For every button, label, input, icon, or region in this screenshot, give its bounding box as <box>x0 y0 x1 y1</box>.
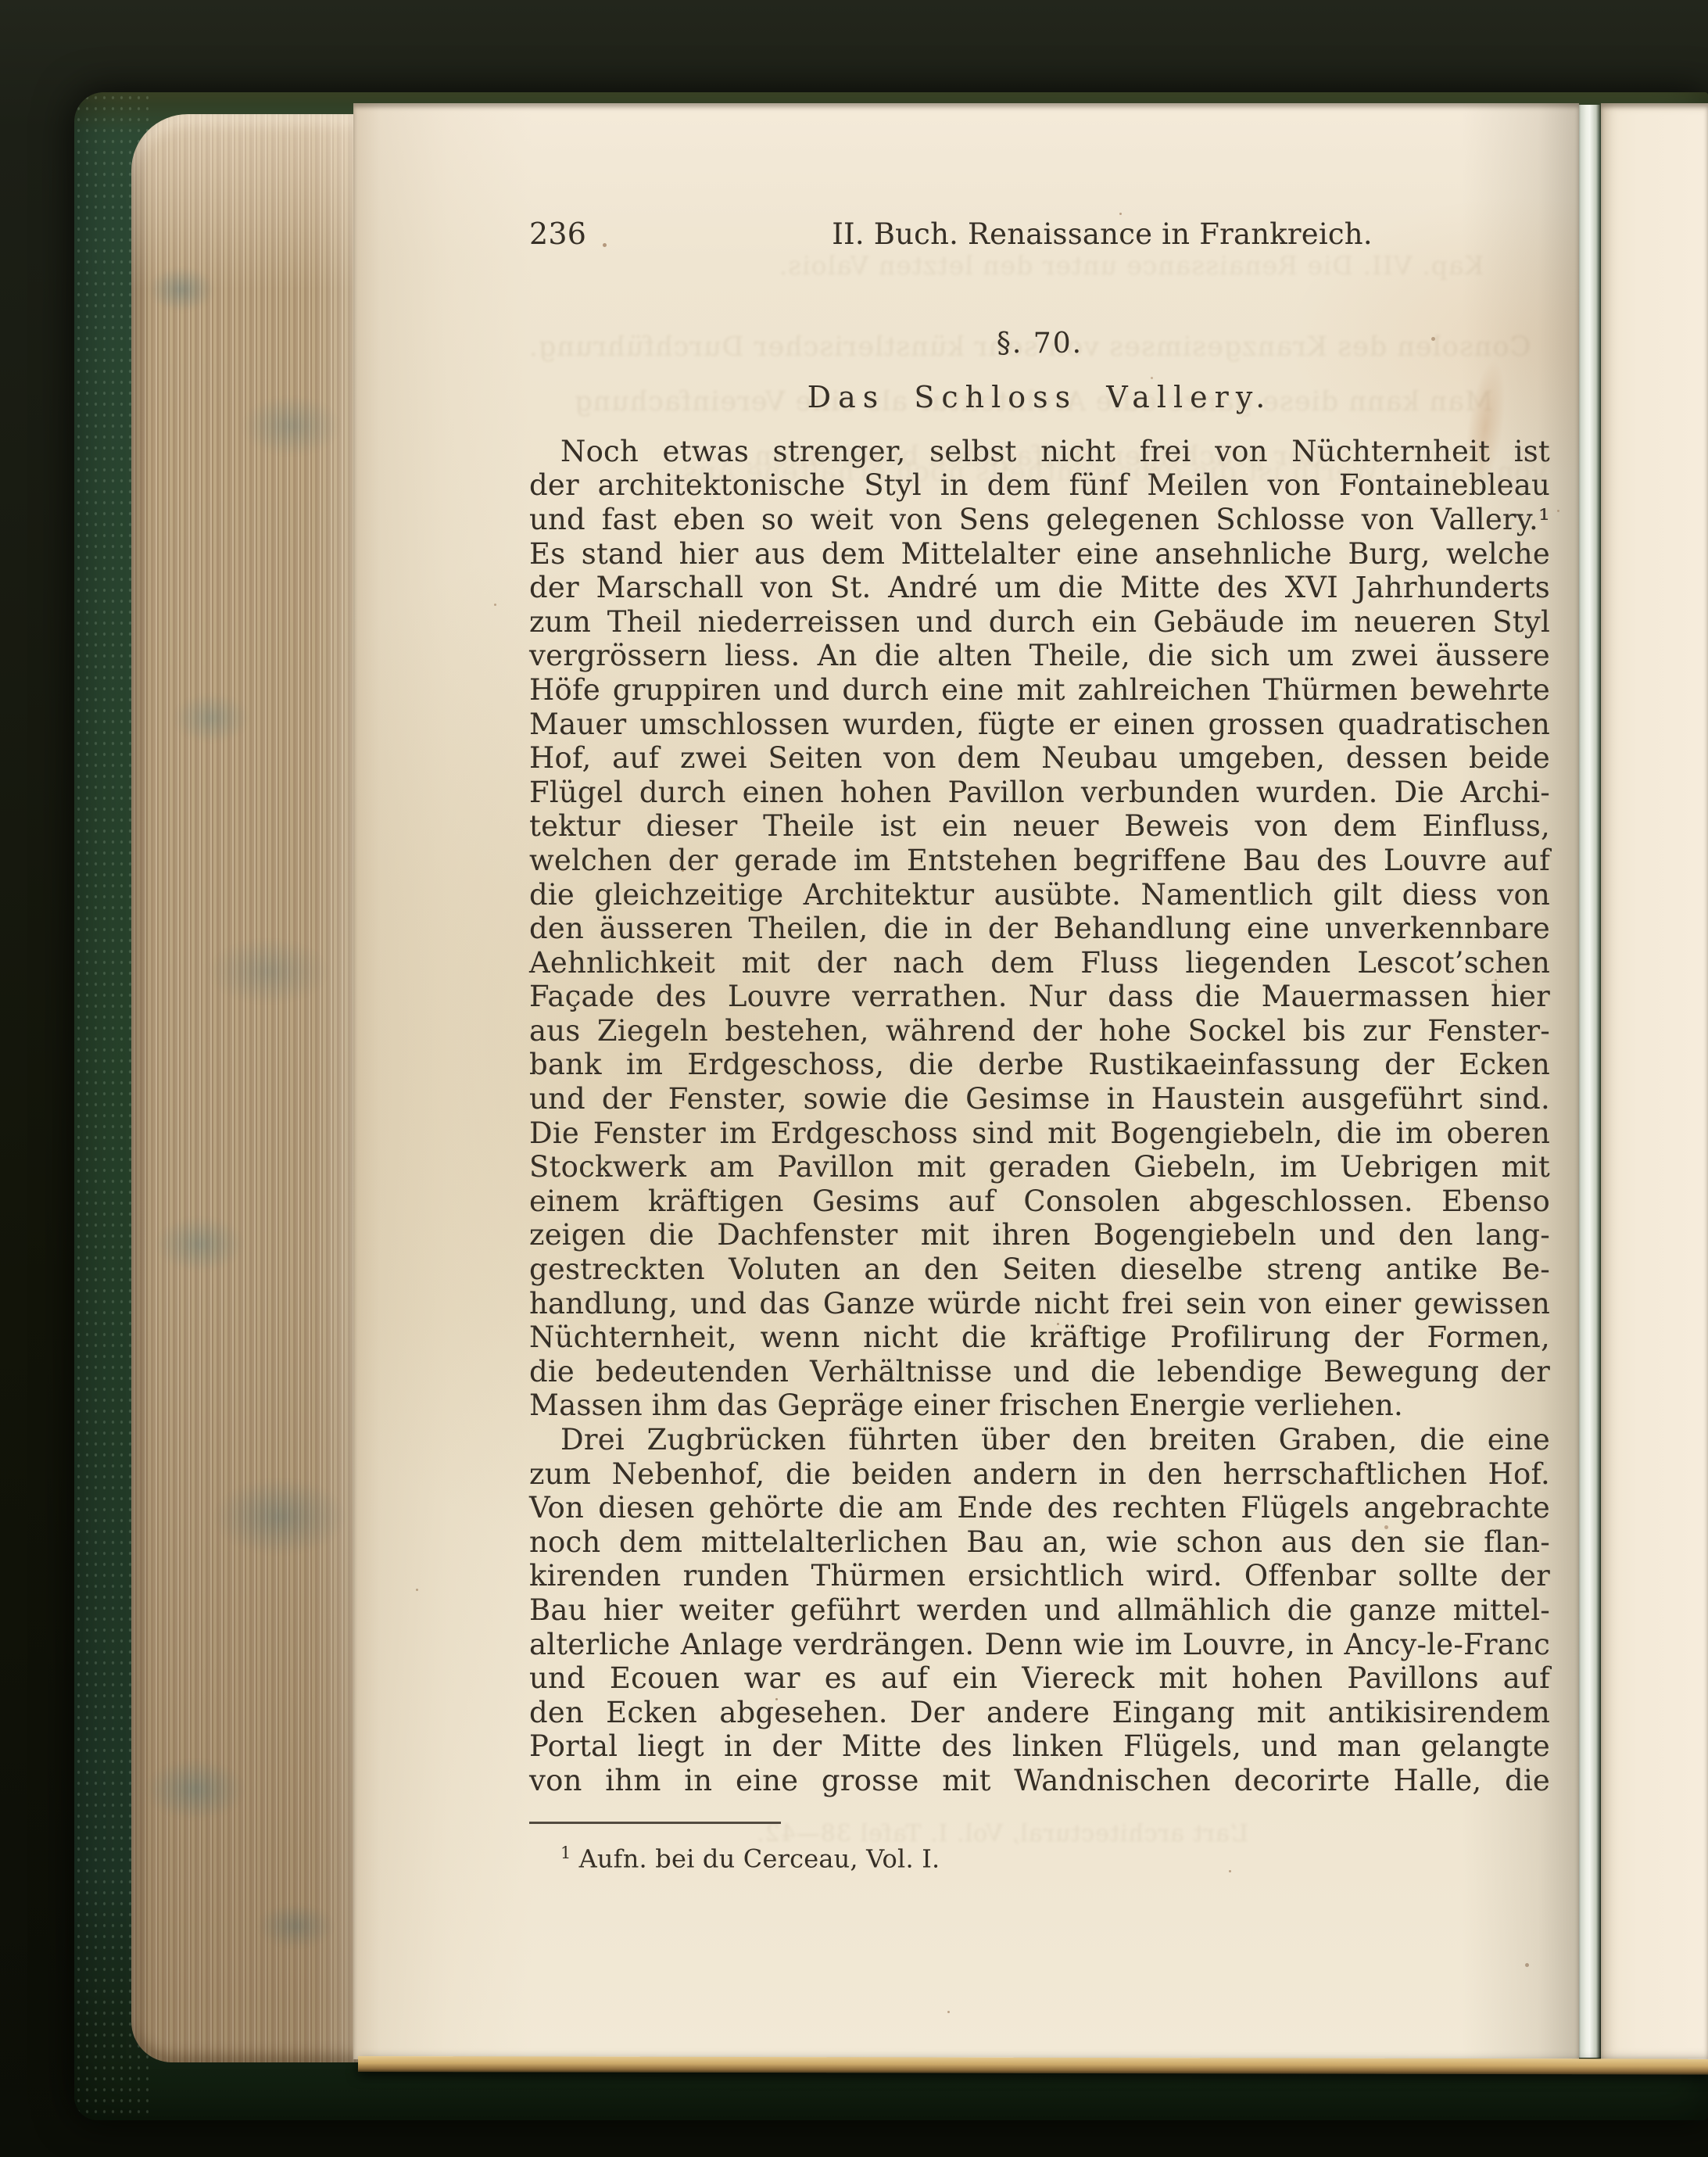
text-line: Aehnlichkeit mit der nach dem Fluss lieg… <box>529 946 1550 980</box>
text-line: Es stand hier aus dem Mittelalter eine a… <box>529 537 1550 571</box>
section-mark: §. 70. <box>529 327 1550 361</box>
text-line: Höfe gruppiren und durch eine mit zahlre… <box>529 673 1550 708</box>
paragraph: Noch etwas strenger, selbst nicht frei v… <box>529 435 1550 1423</box>
text-block: 236 II. Buch. Renaissance in Frankreich.… <box>529 217 1550 1874</box>
text-line: der architektonische Styl in dem fünf Me… <box>529 468 1550 503</box>
page-header: 236 II. Buch. Renaissance in Frankreich. <box>529 217 1550 252</box>
text-line: zum Nebenhof, die beiden andern in den h… <box>529 1457 1550 1492</box>
next-page-sliver <box>1601 103 1708 2059</box>
text-line: Stockwerk am Pavillon mit geraden Giebel… <box>529 1150 1550 1184</box>
text-line: Die Fenster im Erdgeschoss sind mit Boge… <box>529 1116 1550 1151</box>
text-line: alterliche Anlage verdrängen. Denn wie i… <box>529 1628 1550 1662</box>
text-line: handlung, und das Ganze würde nicht frei… <box>529 1287 1550 1321</box>
text-line: Portal liegt in der Mitte des linken Flü… <box>529 1729 1550 1764</box>
body-text: Noch etwas strenger, selbst nicht frei v… <box>529 435 1550 1798</box>
page-edge-stack <box>131 114 360 2062</box>
text-line: zeigen die Dachfenster mit ihren Bogengi… <box>529 1218 1550 1252</box>
footnote: 1Aufn. bei du Cerceau, Vol. I. <box>529 1837 1550 1875</box>
text-line: kirenden runden Thürmen ersichtlich wird… <box>529 1559 1550 1593</box>
text-line: Noch etwas strenger, selbst nicht frei v… <box>529 435 1550 469</box>
text-line: und der Fenster, sowie die Gesimse in Ha… <box>529 1082 1550 1116</box>
text-line: vergrössern liess. An die alten Theile, … <box>529 639 1550 673</box>
text-line: Hof, auf zwei Seiten von dem Neubau umge… <box>529 741 1550 776</box>
page-number: 236 <box>529 217 654 252</box>
footnote-text: Aufn. bei du Cerceau, Vol. I. <box>579 1843 940 1873</box>
text-line: aus Ziegeln bestehen, während der hohe S… <box>529 1014 1550 1048</box>
text-line: Flügel durch einen hohen Pavillon verbun… <box>529 776 1550 810</box>
text-line: Bau hier weiter geführt werden und allmä… <box>529 1593 1550 1628</box>
text-line: die gleichzeitige Architektur ausübte. N… <box>529 878 1550 912</box>
section-title: Das Schloss Vallery. <box>529 381 1550 415</box>
text-line: den äusseren Theilen, die in der Behandl… <box>529 912 1550 946</box>
text-line: gestreckten Voluten an den Seiten diesel… <box>529 1252 1550 1287</box>
page-bottom-edge <box>358 2056 1708 2075</box>
text-line: Nüchternheit, wenn nicht die kräftige Pr… <box>529 1320 1550 1355</box>
text-line: Von diesen gehörte die am Ende des recht… <box>529 1491 1550 1525</box>
paragraph: Drei Zugbrücken führten über den breiten… <box>529 1423 1550 1798</box>
text-line: noch dem mittelalterlichen Bau an, wie s… <box>529 1525 1550 1560</box>
book-scan: Kap. VII. Die Renaissance unter den letz… <box>0 0 1708 2157</box>
text-line: einem kräftigen Gesims auf Consolen abge… <box>529 1184 1550 1219</box>
footnote-rule <box>529 1822 781 1824</box>
text-line: tektur dieser Theile ist ein neuer Bewei… <box>529 809 1550 844</box>
text-line: Façade des Louvre verrathen. Nur dass di… <box>529 980 1550 1014</box>
text-line: Massen ihm das Gepräge einer frischen En… <box>529 1388 1550 1423</box>
text-line: den Ecken abgesehen. Der andere Eingang … <box>529 1696 1550 1730</box>
text-line: und Ecouen war es auf ein Viereck mit ho… <box>529 1661 1550 1696</box>
footnote-marker: 1 <box>560 1843 571 1862</box>
text-line: zum Theil niederreissen und durch ein Ge… <box>529 605 1550 640</box>
running-title: II. Buch. Renaissance in Frankreich. <box>654 217 1550 252</box>
text-line: Mauer umschlossen wurden, fügte er einen… <box>529 708 1550 742</box>
text-line: bank im Erdgeschoss, die derbe Rustikaei… <box>529 1048 1550 1082</box>
text-line: welchen der gerade im Entstehen begriffe… <box>529 844 1550 878</box>
text-line: von ihm in eine grosse mit Wandnischen d… <box>529 1764 1550 1798</box>
text-line: Drei Zugbrücken führten über den breiten… <box>529 1423 1550 1457</box>
book-page: Kap. VII. Die Renaissance unter den letz… <box>353 103 1579 2059</box>
text-line: und fast eben so weit von Sens gelegenen… <box>529 503 1550 537</box>
text-line: die bedeutenden Verhältnisse und die leb… <box>529 1355 1550 1389</box>
text-line: der Marschall von St. André um die Mitte… <box>529 571 1550 605</box>
